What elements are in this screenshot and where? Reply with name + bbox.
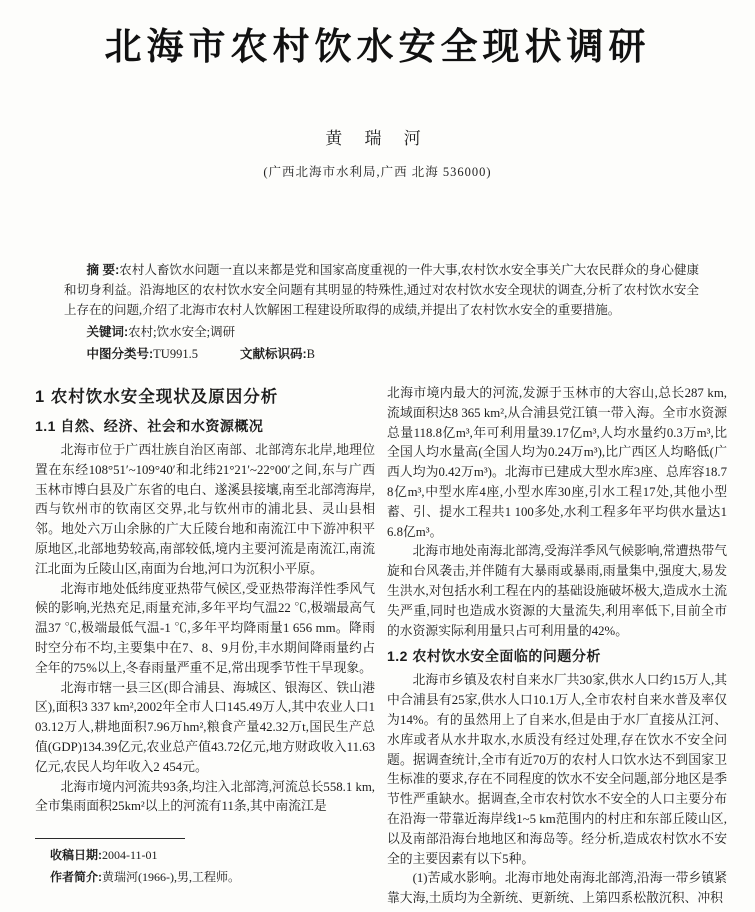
section-1-2-heading: 1.2 农村饮水安全面临的问题分析 (387, 647, 727, 666)
received-date-label: 收稿日期: (50, 848, 102, 862)
front-matter: 摘 要:农村人畜饮水问题一直以来都是党和国家高度重视的一件大事,农村饮水安全事关… (64, 260, 699, 364)
abstract-text: 农村人畜饮水问题一直以来都是党和国家高度重视的一件大事,农村饮水安全事关广大农民… (64, 263, 699, 317)
keywords-text: 农村;饮水安全;调研 (128, 325, 235, 339)
clc-label: 中图分类号: (87, 347, 154, 361)
doc-code-value: B (307, 347, 315, 361)
abstract-paragraph: 摘 要:农村人畜饮水问题一直以来都是党和国家高度重视的一件大事,农村饮水安全事关… (64, 260, 699, 320)
doc-code-label: 文献标识码: (240, 347, 307, 361)
author-affiliation: (广西北海市水利局,广西 北海 536000) (0, 162, 755, 180)
body-paragraph-water-resources: 北海市境内最大的河流,发源于玉林市的大容山,总长287 km,流域面积达8 36… (387, 384, 727, 542)
section-1-1-heading: 1.1 自然、经济、社会和水资源概况 (35, 417, 375, 436)
footnote-bio-line: 作者简介:黄瑞河(1966-),男,工程师。 (35, 867, 380, 889)
right-column: 北海市境内最大的河流,发源于玉林市的大容山,总长287 km,流域面积达8 36… (387, 384, 727, 909)
author-bio-label: 作者简介: (50, 870, 102, 884)
body-paragraph-geography: 北海市位于广西壮族自治区南部、北部湾东北岸,地理位置在东经108°51′~109… (35, 441, 375, 580)
body-paragraph-rivers: 北海市境内河流共93条,均注入北部湾,河流总长558.1 km,全市集雨面积25… (35, 778, 375, 818)
body-paragraph-typhoon: 北海市地处南海北部湾,受海洋季风气候影响,常遭热带气旋和台风袭击,并伴随有大暴雨… (387, 542, 727, 641)
author-bio-value: 黄瑞河(1966-),男,工程师。 (102, 870, 240, 884)
paper-title: 北海市农村饮水安全现状调研 (0, 0, 755, 72)
abstract-label: 摘 要: (87, 263, 120, 277)
two-column-body: 1 农村饮水安全现状及原因分析 1.1 自然、经济、社会和水资源概况 北海市位于… (35, 384, 727, 909)
body-paragraph-problems: 北海市乡镇及农村自来水厂共30家,供水人口约15万人,其中合浦县有25家,供水人… (387, 671, 727, 869)
body-paragraph-climate: 北海市地处低纬度亚热带气候区,受亚热带海洋性季风气候的影响,光热充足,雨量充沛,… (35, 580, 375, 679)
clc-value: TU991.5 (153, 347, 198, 361)
classification-line: 中图分类号:TU991.5文献标识码:B (64, 344, 699, 364)
section-1-heading: 1 农村饮水安全现状及原因分析 (35, 386, 375, 408)
author-name: 黄 瑞 河 (0, 124, 755, 149)
keywords-line: 关键词:农村;饮水安全;调研 (64, 322, 699, 342)
footnote-divider (35, 838, 185, 839)
received-date-value: 2004-11-01 (102, 848, 158, 862)
left-column: 1 农村饮水安全现状及原因分析 1.1 自然、经济、社会和水资源概况 北海市位于… (35, 384, 375, 909)
footnote-received-line: 收稿日期:2004-11-01 (35, 845, 380, 867)
body-paragraph-economy: 北海市辖一县三区(即合浦县、海城区、银海区、铁山港区),面积3 337 km²,… (35, 679, 375, 778)
body-paragraph-brackish-water: (1)苦咸水影响。北海市地处南海北部湾,沿海一带乡镇紧靠大海,土质均为全新统、更… (387, 869, 727, 909)
paper-page: 北海市农村饮水安全现状调研 黄 瑞 河 (广西北海市水利局,广西 北海 5360… (0, 0, 755, 912)
keywords-label: 关键词: (87, 325, 129, 339)
footnote-block: 收稿日期:2004-11-01 作者简介:黄瑞河(1966-),男,工程师。 (35, 838, 380, 888)
